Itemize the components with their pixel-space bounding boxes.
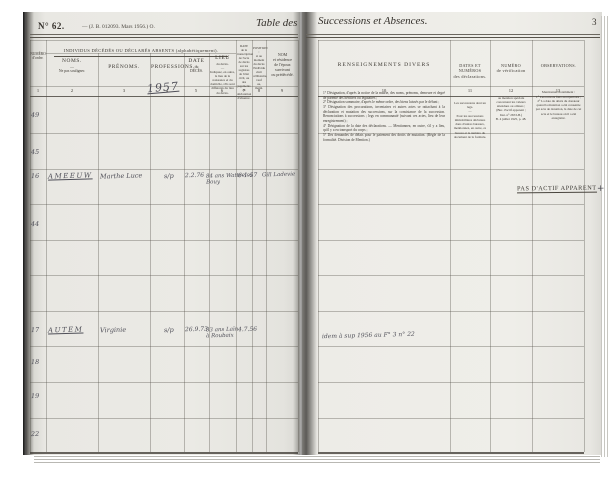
column-number: 9 <box>277 88 287 93</box>
column-header-professions: PROFESSIONS. <box>151 64 183 71</box>
column-line <box>236 40 237 452</box>
register-title-left: Table des <box>256 17 297 29</box>
row-line <box>30 382 298 383</box>
numero-verification-title: NUMÉRO de vérification <box>491 63 531 74</box>
column-line <box>184 53 185 452</box>
pas-dactif-apparent-stamp: PAS D'ACTIF APPARENT <box>517 185 597 194</box>
entry-name: AMEEUW <box>48 172 93 180</box>
group-header-underline <box>46 53 236 54</box>
header-rule <box>30 452 298 454</box>
row-line <box>318 204 584 205</box>
entry-transcription-date: 6-1-57 <box>238 173 257 180</box>
row-line <box>30 418 298 419</box>
margin-row-number: 49 <box>31 112 39 119</box>
row-line <box>30 346 298 347</box>
margin-row-number: 18 <box>31 359 39 366</box>
page-number: 3 <box>592 17 597 27</box>
column-line <box>150 53 151 452</box>
entry-firstnames: Virginie <box>100 327 126 334</box>
book-gutter-shadow <box>23 12 34 455</box>
top-rule-right <box>306 34 600 38</box>
register-title-right: Successions et Absences. <box>318 15 427 27</box>
row-line <box>318 311 584 312</box>
group-header-label: INDIVIDUS DÉCÉDÉS OU DÉCLARÉS ABSENTS (a… <box>64 48 219 53</box>
column-line <box>532 40 533 452</box>
column-number: 8 <box>254 88 264 93</box>
column-number: 5 <box>191 88 201 93</box>
scanned-succession-register-spread: N° 62. — (J. B. 012093. Mars 1956.) O. T… <box>0 0 610 480</box>
row-line <box>318 169 584 170</box>
row-line <box>318 346 584 347</box>
column-number: 12 <box>505 88 517 93</box>
header-rule <box>318 40 584 41</box>
column-header-noms: NOMS. — Ne pas souligner. <box>47 58 97 74</box>
column-header-prenoms: PRÉNOMS. <box>99 64 149 71</box>
entry-death-date: 2.2.76 <box>185 173 204 179</box>
entry-row-number: 16 <box>31 173 39 180</box>
entry-row-number: 17 <box>31 327 39 334</box>
column-number: 2 <box>67 88 77 93</box>
column-line <box>584 40 585 452</box>
column-header-renseignements: RENSEIGNEMENTS DIVERS 1° Désignation, d'… <box>320 42 448 162</box>
row-line <box>30 169 298 170</box>
column-number: 6 <box>217 88 227 93</box>
column-header-dates-numeros: DATES ET NUMÉROS des déclarations. Les s… <box>451 43 489 159</box>
page-stack-right-edges <box>601 16 609 457</box>
header-rule <box>318 452 584 454</box>
handwritten-year-heading: 1957 <box>147 81 180 95</box>
entry-death-place: 83 ans Laïn à Roubaix <box>206 327 239 340</box>
column-line <box>209 53 210 452</box>
observations-title: OBSERVATIONS. <box>533 63 584 68</box>
entry-firstnames: Marthe Luce <box>100 172 142 180</box>
form-reference: — (J. B. 012093. Mars 1956.) O. <box>82 24 155 30</box>
row-line <box>318 133 584 134</box>
stamp-check-mark: + <box>597 185 605 194</box>
book-spine-shadow <box>293 12 317 455</box>
entry-profession: s/p <box>164 327 174 334</box>
row-line <box>30 240 298 241</box>
dates-numeros-title: DATES ET NUMÉROS des déclarations. <box>451 63 489 79</box>
margin-row-number: 45 <box>31 149 39 156</box>
renseignements-body: 1° Désignation, d'après la notice de la … <box>320 91 448 142</box>
numero-verification-body: ou mention spéciale concernant les valeu… <box>491 96 531 122</box>
row-line <box>30 133 298 134</box>
column-header-position: POSITION : si au moment du décès l'indiv… <box>253 46 265 90</box>
margin-row-number: 19 <box>31 393 39 400</box>
column-header-date-deces: DATE du DÉCÈS. <box>185 58 208 74</box>
entry-profession: s/p <box>164 173 174 180</box>
column-number: 7 <box>239 88 249 93</box>
column-number: 1 <box>33 88 43 93</box>
entry-name: AUTEM <box>48 327 84 335</box>
column-line <box>298 40 299 452</box>
row-line <box>30 204 298 205</box>
column-line <box>490 40 491 452</box>
renseignements-title: RENSEIGNEMENTS DIVERS <box>320 62 448 69</box>
margin-row-number: 22 <box>31 431 39 438</box>
entry-transcription-date: 4.7.56 <box>238 327 257 333</box>
column-line <box>450 40 451 452</box>
row-line <box>318 275 584 276</box>
column-header-numero-ordre: NUMÉRO d'ordre. <box>30 52 46 61</box>
column-number: 3 <box>119 88 129 93</box>
row-line <box>318 418 584 419</box>
entry-death-date: 26.9.73 <box>185 327 208 334</box>
top-rule-left <box>30 34 298 38</box>
row-line <box>318 240 584 241</box>
row-line <box>30 311 298 312</box>
column-number: 11 <box>464 88 476 93</box>
row-line <box>30 275 298 276</box>
column-line <box>30 40 31 452</box>
observations-body: Mentionnez notamment : 1° Les renvois fa… <box>533 90 584 120</box>
column-number: 13 <box>552 88 564 93</box>
page-stack-bottom-edges <box>34 456 600 464</box>
margin-row-number: 44 <box>31 221 39 228</box>
column-line <box>46 40 47 452</box>
row-line <box>318 382 584 383</box>
column-line <box>98 53 99 452</box>
form-number: N° 62. <box>38 21 65 31</box>
entry-spouse: Gill Ladevie <box>262 173 295 179</box>
column-header-nom-epoux: NOM et résidence de l'époux survivant ou… <box>267 52 298 77</box>
column-number: 10 <box>378 88 390 93</box>
column-line <box>266 40 267 452</box>
header-rule <box>318 86 584 87</box>
column-line <box>318 40 319 452</box>
header-rule <box>30 96 298 97</box>
header-rule <box>318 96 584 97</box>
header-rule <box>30 40 298 41</box>
column-line <box>252 40 253 452</box>
